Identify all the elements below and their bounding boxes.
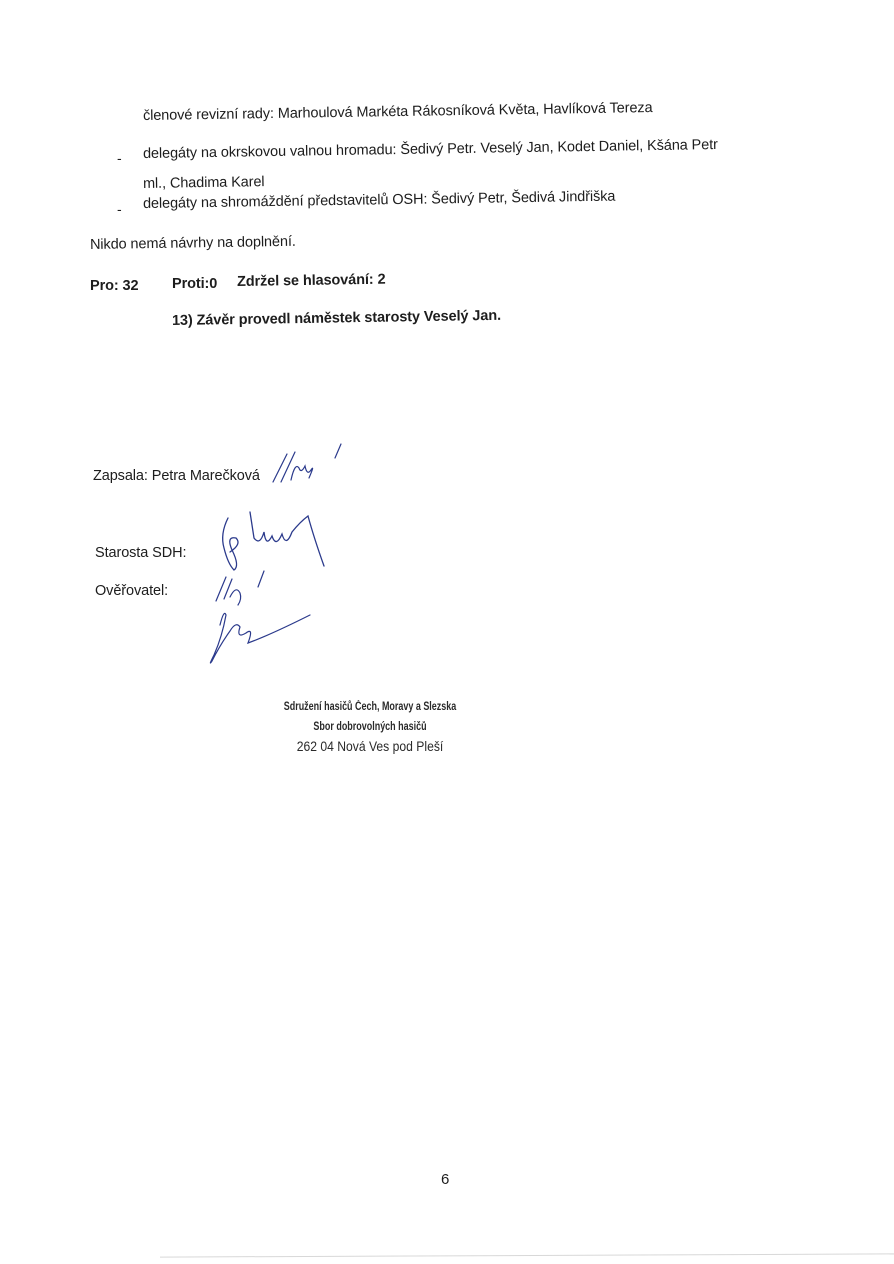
recorded-by-label: Zapsala: Petra Marečková xyxy=(93,468,260,484)
district-delegates-line: delegáty na okrskovou valnou hromadu: Še… xyxy=(143,137,718,162)
page-number: 6 xyxy=(441,1171,449,1188)
revision-board-line: členové revizní rady: Marhoulová Markéta… xyxy=(143,100,653,124)
osh-delegates-line: delegáty na shromáždění představitelů OS… xyxy=(143,189,616,212)
document-page: členové revizní rady: Marhoulová Markéta… xyxy=(0,0,894,1264)
verifier-label: Ověřovatel: xyxy=(95,583,168,599)
stamp-address: 262 04 Nová Ves pod Pleší xyxy=(262,737,478,757)
stamp-unit: Sbor dobrovolných hasičů xyxy=(276,717,463,737)
verifier-signature-icon xyxy=(200,565,320,675)
vote-for: Pro: 32 xyxy=(90,278,138,294)
scan-edge-divider xyxy=(160,1253,894,1257)
bullet-marker: - xyxy=(117,150,122,166)
chairman-label: Starosta SDH: xyxy=(95,545,186,561)
organization-stamp: Sdružení hasičů Čech, Moravy a Slezska S… xyxy=(250,697,490,757)
district-delegates-line-cont: ml., Chadima Karel xyxy=(143,174,265,192)
stamp-organization: Sdružení hasičů Čech, Moravy a Slezska xyxy=(276,697,463,717)
vote-against: Proti:0 xyxy=(172,276,217,292)
closing-item: 13) Závěr provedl náměstek starosty Vese… xyxy=(172,308,501,329)
bullet-marker: - xyxy=(117,201,122,217)
no-proposals-text: Nikdo nemá návrhy na doplnění. xyxy=(90,234,296,253)
vote-abstained: Zdržel se hlasování: 2 xyxy=(237,272,386,290)
recorder-signature-icon xyxy=(265,440,355,490)
